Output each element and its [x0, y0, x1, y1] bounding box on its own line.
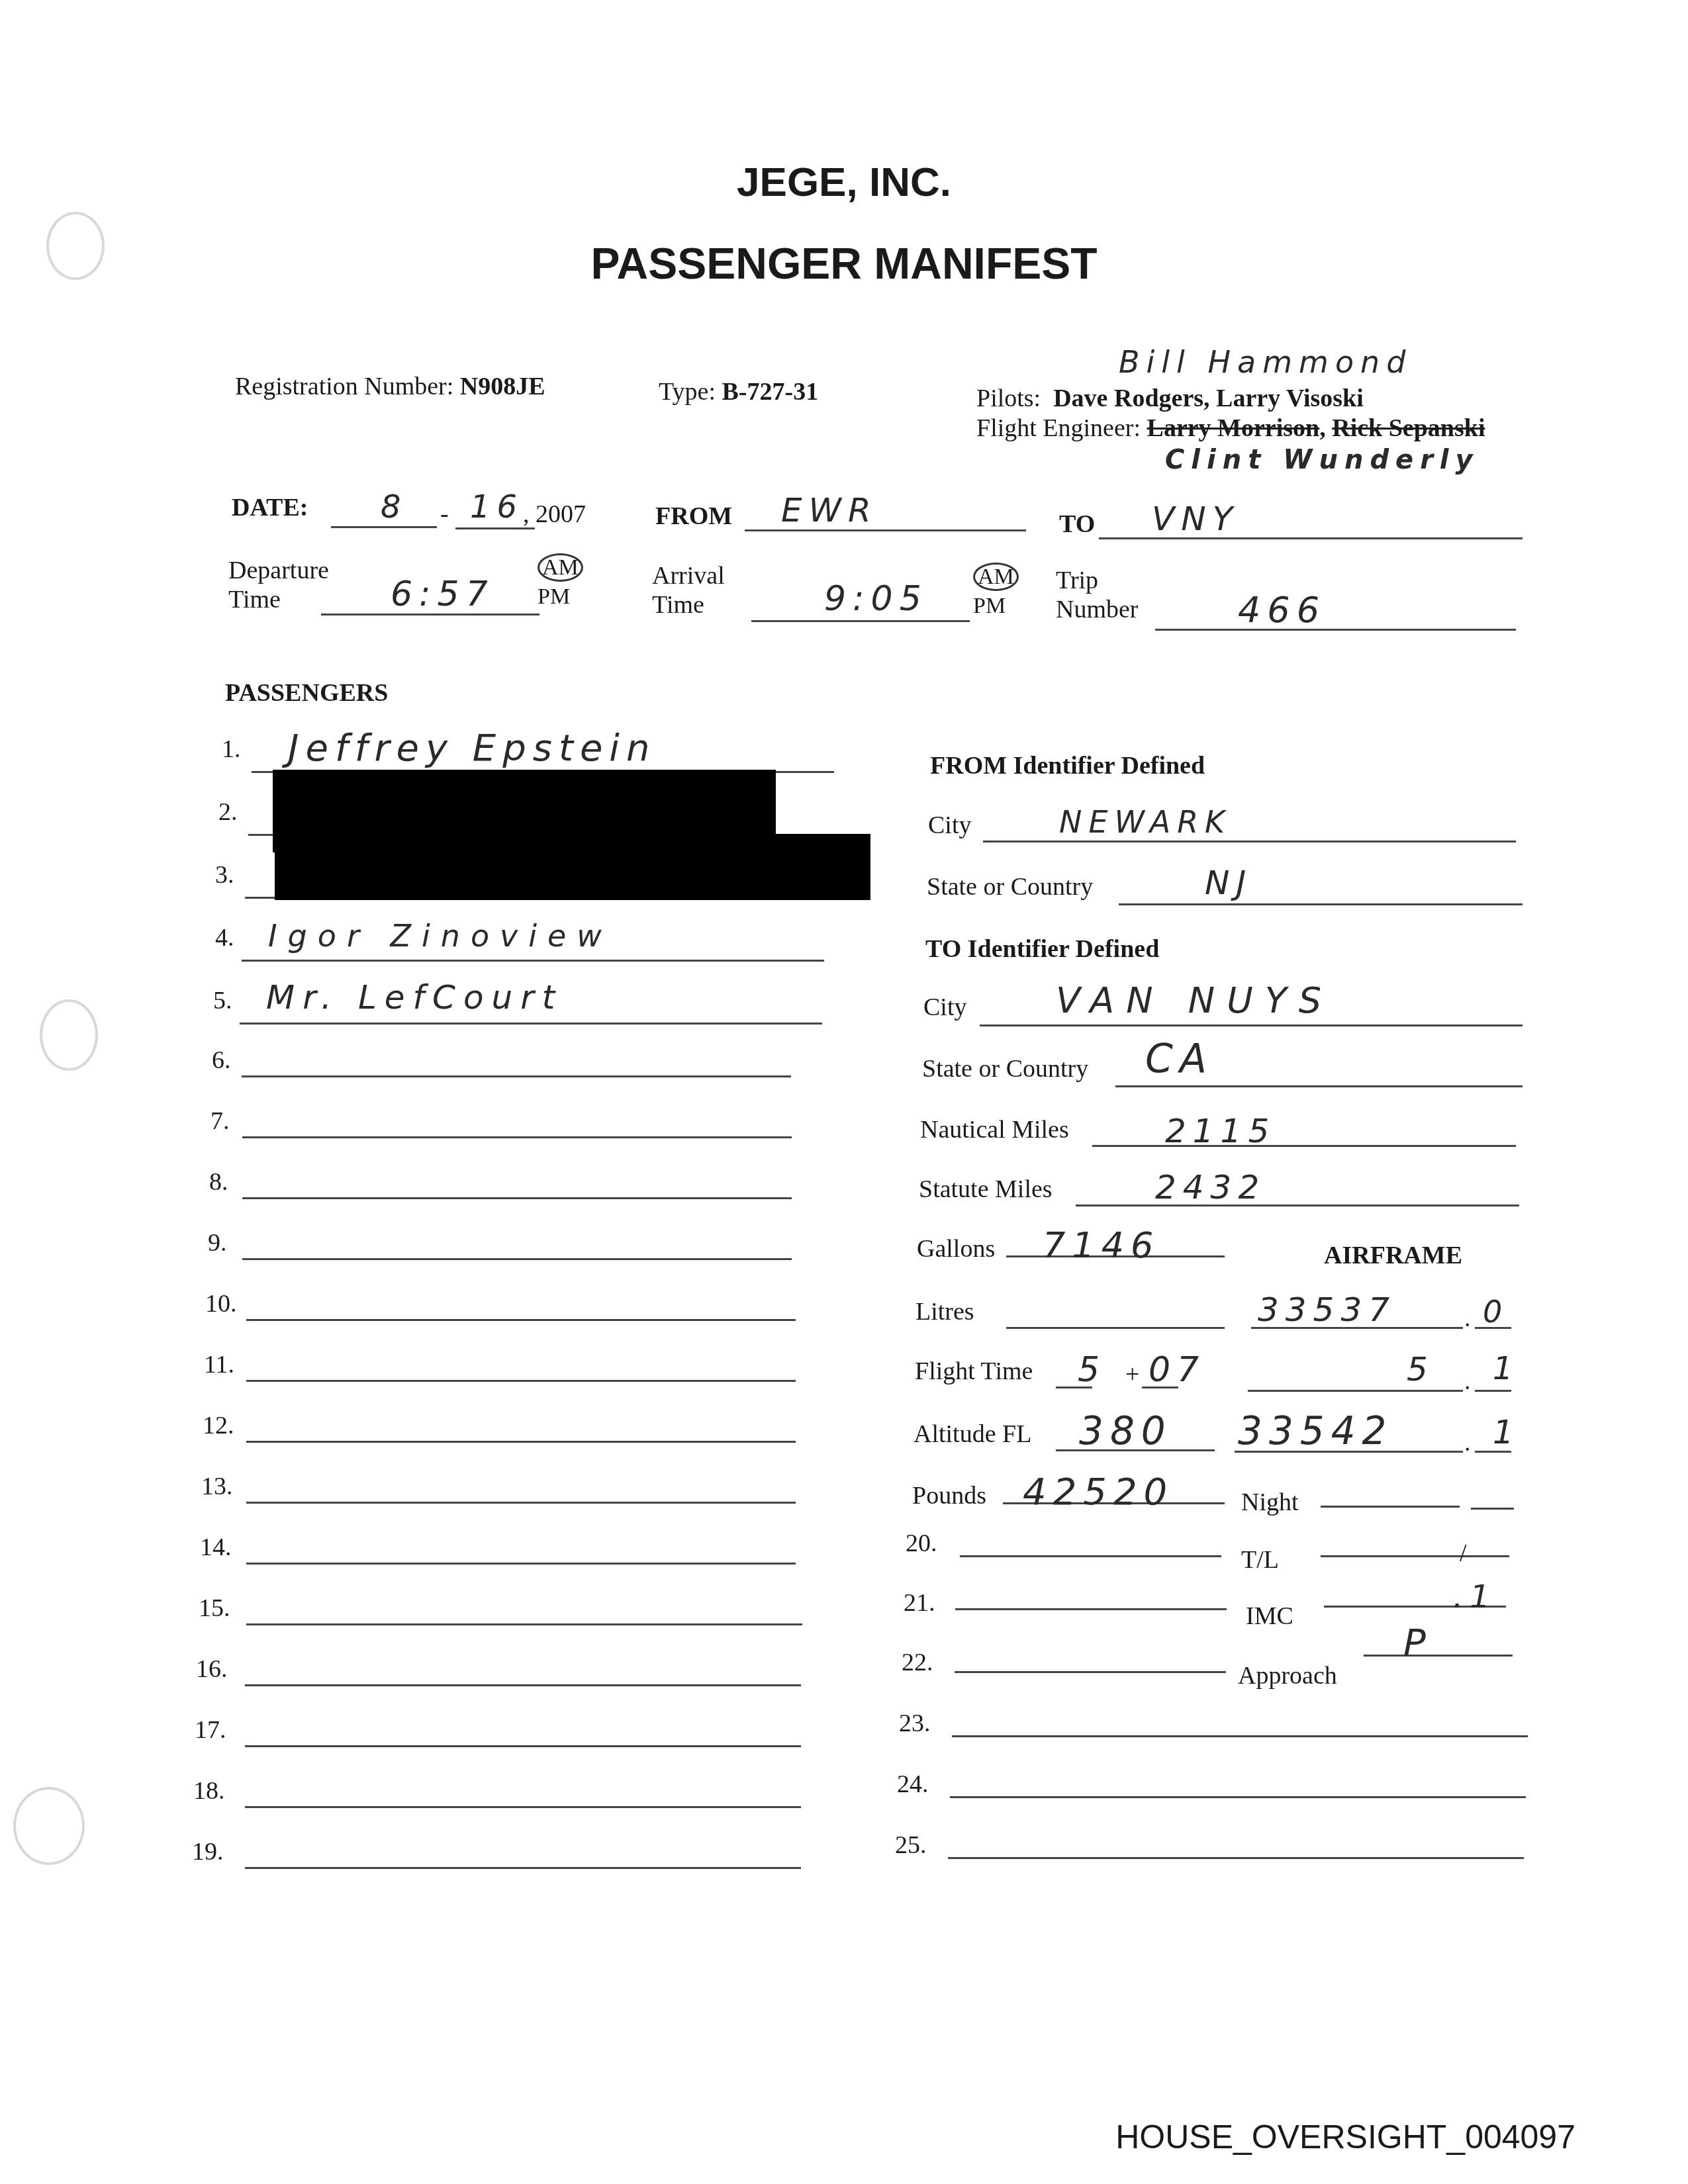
date-label: DATE:	[232, 493, 308, 522]
passenger-row-8: 8.	[209, 1167, 831, 1207]
airframe-flight-dot: .	[1464, 1367, 1471, 1396]
passenger-row-10: 10.	[205, 1289, 834, 1329]
engineer-struck-1: Larry Morrison	[1147, 414, 1320, 442]
departure-ampm: AM PM	[538, 553, 583, 612]
redaction-box-2	[275, 834, 870, 900]
nautical-miles-line	[1092, 1145, 1516, 1147]
date-month-line	[331, 526, 437, 528]
passenger-name[interactable]: Mr. LefCourt	[266, 978, 563, 1017]
airframe-heading: AIRFRAME	[1324, 1241, 1462, 1270]
trip-number-label: Trip Number	[1056, 566, 1139, 624]
from-identifier-heading: FROM Identifier Defined	[930, 751, 1205, 780]
passenger-line	[245, 1867, 801, 1869]
passenger-row-12: 12.	[203, 1411, 831, 1451]
approach-label: Approach	[1238, 1661, 1337, 1690]
passenger-row-14: 14.	[200, 1533, 829, 1572]
arrival-label: Arrival Time	[652, 561, 725, 619]
from-line	[745, 529, 1026, 531]
from-state-label: State or Country	[927, 872, 1093, 901]
approach-value[interactable]: P	[1403, 1621, 1432, 1664]
from-city-value[interactable]: NEWARK	[1059, 804, 1231, 840]
passenger-line	[952, 1735, 1528, 1737]
passenger-line	[960, 1555, 1221, 1557]
punch-hole-middle	[40, 999, 98, 1071]
night-line	[1321, 1506, 1460, 1508]
altitude-label: Altitude FL	[914, 1420, 1031, 1449]
litres-line	[1006, 1327, 1225, 1329]
passenger-row-17: 17.	[195, 1715, 823, 1755]
statute-miles-line	[1076, 1205, 1519, 1206]
nautical-miles-label: Nautical Miles	[920, 1115, 1069, 1144]
passenger-row-22: 22.	[902, 1648, 1233, 1688]
date-day[interactable]: 16	[470, 488, 524, 525]
departure-time-value[interactable]: 6:57	[391, 574, 494, 614]
statute-miles-value[interactable]: 2432	[1155, 1168, 1266, 1206]
from-state-value[interactable]: NJ	[1205, 864, 1252, 902]
airframe-flight-value[interactable]: 5	[1407, 1350, 1434, 1388]
date-sep: -	[440, 500, 449, 529]
to-value[interactable]: VNY	[1152, 500, 1239, 538]
passenger-line	[950, 1796, 1526, 1798]
passenger-row-18: 18.	[193, 1776, 822, 1816]
passenger-line	[246, 1441, 796, 1443]
registration-value: N908JE	[460, 373, 545, 400]
passenger-line	[242, 1258, 792, 1260]
night-label: Night	[1241, 1488, 1299, 1517]
passenger-row-24: 24.	[897, 1770, 1532, 1809]
to-city-line	[980, 1024, 1523, 1026]
approach-line	[1364, 1655, 1513, 1657]
to-state-line	[1115, 1085, 1523, 1087]
passenger-row-9: 9.	[208, 1228, 830, 1268]
passenger-line	[246, 1563, 796, 1565]
trip-number-line	[1155, 629, 1516, 631]
tl-value[interactable]: /	[1460, 1539, 1467, 1568]
passenger-row-19: 19.	[192, 1837, 821, 1877]
engineer-handwritten: Clint Wunderly	[1165, 445, 1479, 475]
passenger-line	[242, 1136, 792, 1138]
trip-number-value[interactable]: 466	[1238, 589, 1326, 631]
passenger-line	[955, 1671, 1226, 1673]
from-value[interactable]: EWR	[781, 491, 878, 529]
type-field: Type: B-727-31	[659, 377, 818, 406]
passenger-line	[242, 1197, 792, 1199]
pilots-field: Pilots: Dave Rodgers, Larry Visoski	[976, 384, 1364, 413]
airframe-flight-decimal[interactable]: 1	[1493, 1350, 1520, 1387]
passenger-row-11: 11.	[204, 1350, 833, 1390]
passenger-row-6: 6.	[212, 1046, 834, 1085]
from-state-line	[1119, 903, 1523, 905]
passenger-line	[245, 1806, 801, 1808]
passenger-line	[242, 1075, 791, 1077]
passenger-row-16: 16.	[196, 1655, 825, 1694]
litres-label: Litres	[915, 1297, 974, 1326]
passenger-line	[246, 1319, 796, 1321]
type-label: Type:	[659, 378, 716, 406]
statute-miles-label: Statute Miles	[919, 1175, 1053, 1204]
passenger-row-20: 20.	[906, 1529, 1237, 1569]
airframe-start-dot: .	[1464, 1304, 1471, 1333]
tl-label: T/L	[1241, 1545, 1279, 1574]
airframe-flight-line	[1248, 1390, 1463, 1392]
airframe-start-value[interactable]: 33537	[1258, 1291, 1396, 1329]
pilots-label: Pilots:	[976, 385, 1041, 412]
pilots-handwritten: Bill Hammond	[1119, 344, 1412, 380]
date-month[interactable]: 8	[381, 488, 408, 525]
passenger-row-4: 4. Igor Zinoview	[215, 923, 831, 963]
flight-time-separator: +	[1125, 1360, 1139, 1389]
pilots-value: Dave Rodgers, Larry Visoski	[1053, 385, 1364, 412]
passenger-name[interactable]: Jeffrey Epstein	[288, 727, 656, 770]
to-state-label: State or Country	[922, 1054, 1088, 1083]
to-state-value[interactable]: CA	[1145, 1036, 1213, 1082]
airframe-end-decimal[interactable]: 1	[1493, 1413, 1521, 1451]
flight-time-label: Flight Time	[915, 1357, 1033, 1386]
departure-am-selected[interactable]: AM	[538, 553, 583, 582]
arrival-ampm: AM PM	[973, 563, 1019, 621]
tl-line	[1321, 1555, 1509, 1557]
passenger-line	[246, 1380, 796, 1382]
passenger-line	[948, 1857, 1524, 1859]
passenger-line	[242, 960, 824, 962]
nautical-miles-value[interactable]: 2115	[1165, 1112, 1276, 1150]
altitude-value[interactable]: 380	[1079, 1408, 1172, 1453]
from-city-line	[983, 841, 1516, 842]
date-year: , 2007	[523, 500, 586, 529]
passenger-row-13: 13.	[201, 1472, 830, 1512]
to-label: TO	[1059, 510, 1095, 539]
passenger-line	[245, 1684, 801, 1686]
passenger-row-1: 1. Jeffrey Epstein	[222, 735, 837, 774]
passenger-row-5: 5. Mr. LefCourt	[213, 986, 829, 1026]
engineer-struck-2: Rick Sepanski	[1332, 414, 1485, 442]
from-label: FROM	[655, 502, 732, 531]
flight-engineer-field: Flight Engineer: Larry Morrison, Rick Se…	[976, 414, 1485, 443]
passenger-row-25: 25.	[895, 1831, 1530, 1870]
arrival-pm[interactable]: PM	[973, 592, 1019, 621]
flight-time-hours[interactable]: 5	[1078, 1350, 1106, 1390]
flight-time-minutes[interactable]: 07	[1149, 1350, 1205, 1390]
airframe-end-value[interactable]: 33542	[1238, 1408, 1393, 1453]
from-city-label: City	[928, 811, 971, 840]
arrival-line	[751, 620, 970, 622]
punch-hole-bottom	[13, 1787, 85, 1865]
departure-label: Departure Time	[228, 556, 329, 614]
passenger-row-15: 15.	[199, 1594, 827, 1633]
passenger-line	[240, 1023, 822, 1024]
registration-label: Registration Number:	[235, 373, 453, 400]
to-city-label: City	[923, 993, 966, 1022]
gallons-value[interactable]: 7146	[1043, 1224, 1160, 1266]
imc-label: IMC	[1246, 1602, 1293, 1631]
passenger-line	[246, 1623, 802, 1625]
airframe-end-dot: .	[1464, 1428, 1471, 1457]
arrival-am-selected[interactable]: AM	[973, 563, 1019, 591]
to-identifier-heading: TO Identifier Defined	[925, 934, 1159, 964]
airframe-start-decimal[interactable]: 0	[1483, 1294, 1509, 1330]
pounds-value[interactable]: 42520	[1023, 1471, 1174, 1514]
imc-value[interactable]: .1	[1453, 1578, 1497, 1615]
passenger-line	[245, 1745, 801, 1747]
to-city-value[interactable]: VAN NUYS	[1056, 979, 1333, 1021]
registration-field: Registration Number: N908JE	[235, 372, 545, 401]
arrival-time-value[interactable]: 9:05	[824, 579, 928, 619]
departure-pm[interactable]: PM	[538, 582, 583, 612]
passengers-heading: PASSENGERS	[225, 678, 388, 707]
passenger-row-21: 21.	[904, 1588, 1235, 1628]
passenger-line	[246, 1502, 796, 1504]
type-value: B-727-31	[722, 378, 818, 406]
airframe-flight-dec-line	[1475, 1390, 1511, 1392]
company-name: JEGE, INC.	[0, 159, 1688, 206]
bates-number: HOUSE_OVERSIGHT_004097	[1115, 2118, 1575, 2156]
passenger-name[interactable]: Igor Zinoview	[268, 918, 612, 954]
passenger-line	[955, 1608, 1227, 1610]
night-dec-line	[1471, 1508, 1514, 1510]
engineer-label: Flight Engineer:	[976, 414, 1141, 442]
passenger-row-23: 23.	[899, 1709, 1534, 1749]
document-title: PASSENGER MANIFEST	[0, 238, 1688, 289]
passenger-row-7: 7.	[211, 1107, 833, 1146]
pounds-label: Pounds	[912, 1481, 986, 1510]
gallons-label: Gallons	[917, 1234, 995, 1263]
